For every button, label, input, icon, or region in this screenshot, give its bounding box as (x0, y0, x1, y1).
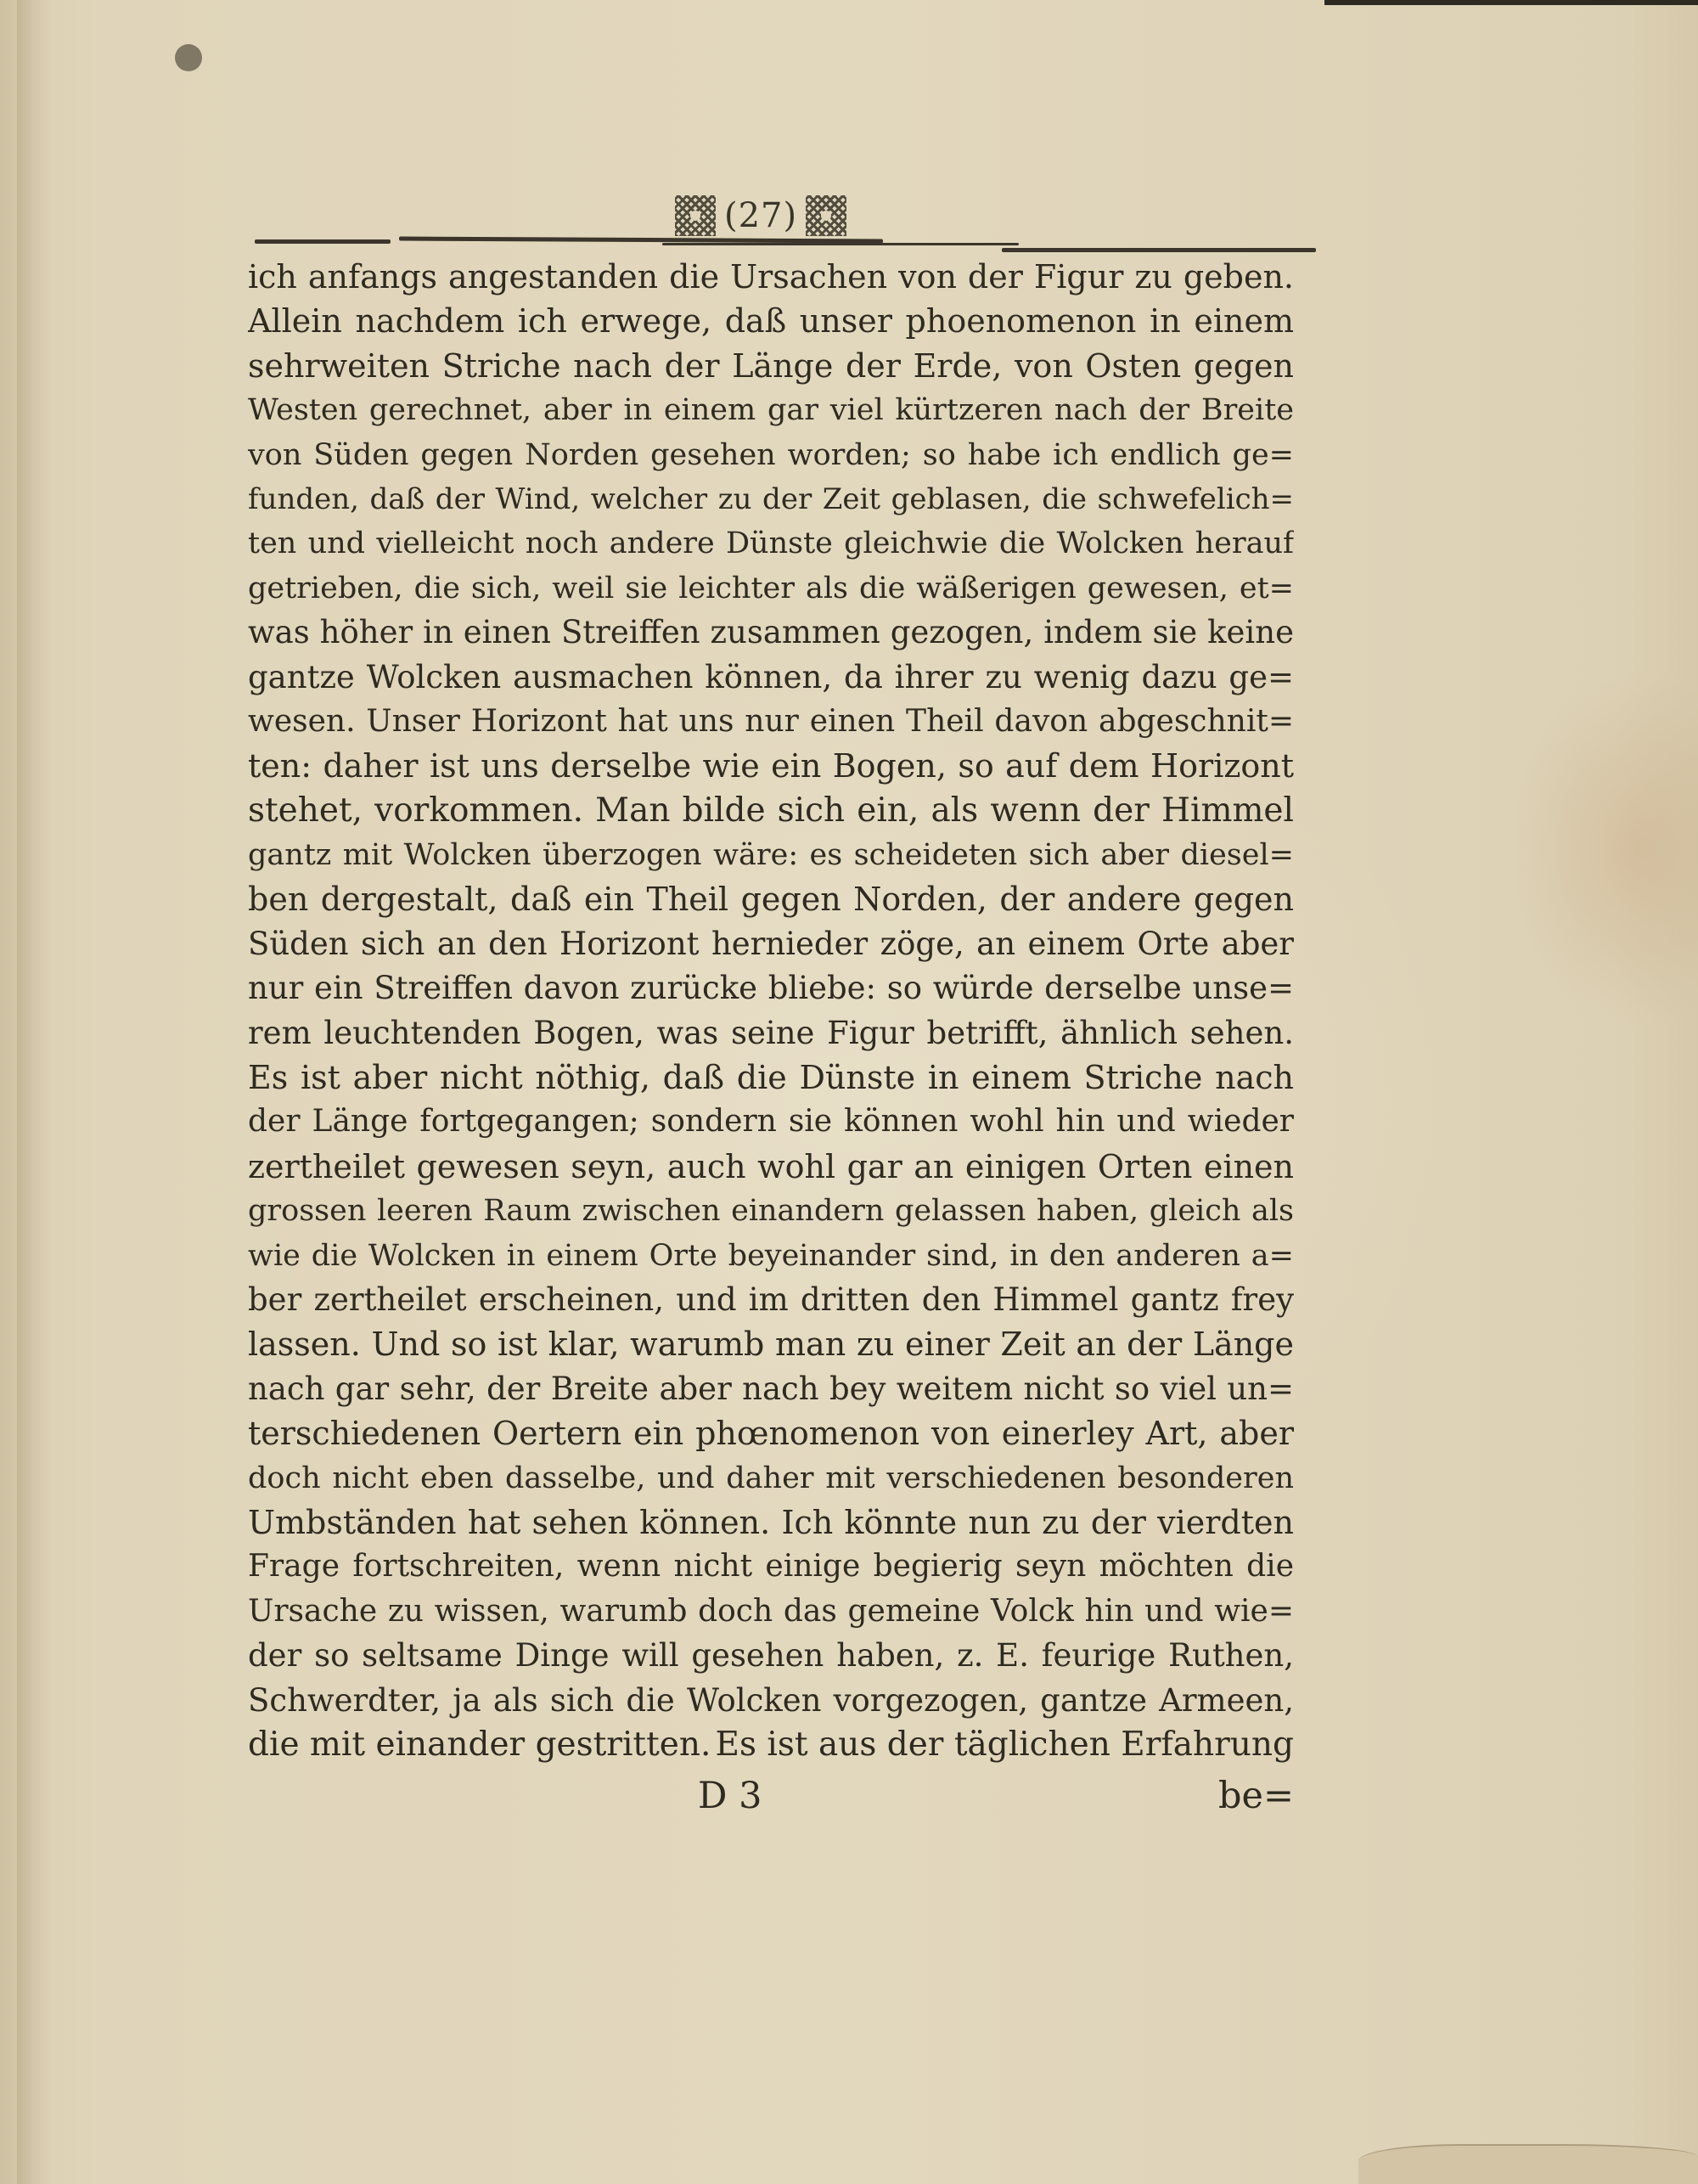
text-line: rem leuchtenden Bogen, was seine Figur b… (248, 1011, 1294, 1055)
sentence-start: Es ist aus der täglichen Erfahrung (716, 1723, 1294, 1767)
text-line: zertheilet gewesen seyn, auch wohl gar a… (248, 1145, 1294, 1189)
text-line: terschiedenen Oertern ein phœnomenon von… (248, 1411, 1294, 1455)
text-line: was höher in einen Streiffen zusammen ge… (248, 611, 1294, 655)
text-line: stehet, vorkommen. Man bilde sich ein, a… (248, 789, 1294, 833)
text-line: lassen. Und so ist klar, warumb man zu e… (248, 1322, 1294, 1366)
text-line: ten: daher ist uns derselbe wie ein Boge… (248, 744, 1294, 788)
text-line: Frage fortschreiten, wenn nicht einige b… (248, 1545, 1294, 1589)
header-rule (1002, 248, 1316, 252)
text-line: gantz mit Wolcken überzogen wäre: es sch… (248, 833, 1294, 877)
text-line: doch nicht eben dasselbe, und daher mit … (248, 1456, 1294, 1500)
text-line: ich anfangs angestanden die Ursachen von… (248, 255, 1294, 299)
text-line: der Länge fortgegangen; sondern sie könn… (248, 1100, 1294, 1144)
text-line: ber zertheilet erscheinen, und im dritte… (248, 1278, 1294, 1322)
text-line: Umbständen hat sehen können. Ich könnte … (248, 1500, 1294, 1545)
header-rule (662, 243, 1019, 245)
page-fold-shadow (17, 0, 51, 2184)
text-line: Ursache zu wissen, warumb doch das gemei… (248, 1590, 1294, 1634)
paragraph-end: die mit einander gestritten. (248, 1723, 711, 1767)
text-line-final: die mit einander gestritten. Es ist aus … (248, 1723, 1294, 1767)
text-line: ben dergestalt, daß ein Theil gegen Nord… (248, 877, 1294, 921)
text-line: getrieben, die sich, weil sie leichter a… (248, 566, 1294, 611)
ink-stain (175, 44, 202, 71)
text-line: nach gar sehr, der Breite aber nach bey … (248, 1367, 1294, 1411)
text-line: Allein nachdem ich erwege, daß unser pho… (248, 299, 1294, 343)
text-line: von Süden gegen Norden gesehen worden; s… (248, 433, 1294, 477)
header-rule (255, 239, 391, 244)
text-line: Süden sich an den Horizont hernieder zög… (248, 922, 1294, 966)
signature-mark: D 3 (698, 1775, 762, 1817)
page-number-group: (27) (675, 195, 846, 236)
page-header: (27) (255, 187, 1316, 255)
catchword: be= (1218, 1775, 1294, 1817)
ornament-left-icon (675, 195, 716, 236)
text-line: Es ist aber nicht nöthig, daß die Dünste… (248, 1055, 1294, 1100)
text-line: Westen gerechnet, aber in einem gar viel… (248, 388, 1294, 432)
body-text: ich anfangs angestanden die Ursachen von… (248, 255, 1294, 1767)
text-line: ten und vielleicht noch andere Dünste gl… (248, 521, 1294, 566)
text-line: der so seltsame Dinge will gesehen haben… (248, 1634, 1294, 1678)
page-top-edge (1324, 0, 1698, 5)
ornament-right-icon (806, 195, 846, 236)
text-line: Schwerdter, ja als sich die Wolcken vorg… (248, 1679, 1294, 1723)
page-number: (27) (724, 196, 797, 235)
text-line: grossen leeren Raum zwischen einandern g… (248, 1189, 1294, 1233)
text-line: wie die Wolcken in einem Orte beyeinande… (248, 1234, 1294, 1278)
text-line: wesen. Unser Horizont hat uns nur einen … (248, 700, 1294, 744)
document-page: (27) ich anfangs angestanden die Ursache… (0, 0, 1698, 2184)
text-line: funden, daß der Wind, welcher zu der Zei… (248, 477, 1294, 521)
text-line: gantze Wolcken ausmachen können, da ihre… (248, 656, 1294, 700)
text-line: nur ein Streiffen davon zurücke bliebe: … (248, 966, 1294, 1010)
page-torn-edge (1358, 2144, 1698, 2184)
page-footer: D 3 be= (248, 1775, 1294, 1826)
text-line: sehrweiten Striche nach der Länge der Er… (248, 344, 1294, 388)
